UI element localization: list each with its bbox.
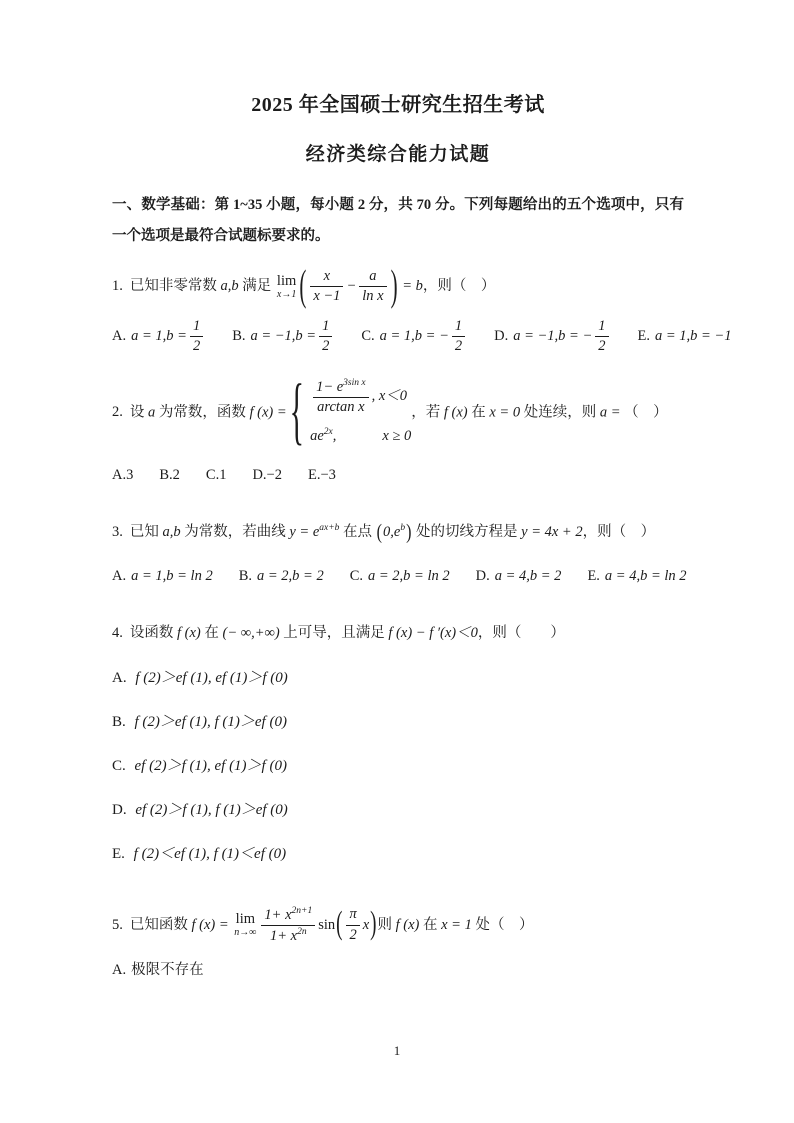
tangent-equation: y = 4x + 2 [521,524,582,540]
question-number: 1. [112,278,123,294]
option-d: D.−2 [252,464,282,487]
function-ref: f (x) [444,404,468,420]
exam-subtitle: 经济类综合能力试题 [112,139,684,166]
option-d: D.a = −1,b = −12 [494,318,611,356]
question-4-options: A. f (2)＞ef (1), ef (1)＞f (0) B. f (2)＞e… [112,666,684,866]
option-e: E. f (2)＜ef (1), f (1)＜ef (0) [112,842,684,866]
piecewise-row-2: ae2x,x ≥ 0 [310,425,411,448]
question-4: 4.设函数 f (x) 在 (− ∞,+∞) 上可导，且满足 f (x) − f… [112,622,684,865]
paren-close: ) [406,515,411,550]
question-2-stem: 2.设 a 为常数，函数 f (x) ={1− e3sin xarctan x,… [112,378,684,449]
fraction: aln x [359,268,386,306]
stem-text: （ ） [624,404,668,420]
question-number: 4. [112,625,123,641]
math-expr: x = 1 [441,917,472,933]
stem-text: 则 [377,917,392,933]
fraction: 12 [190,318,203,356]
question-2: 2.设 a 为常数，函数 f (x) ={1− e3sin xarctan x,… [112,378,684,488]
question-5-options: A.极限不存在 [112,959,684,982]
math-expr: x = 0 [489,404,520,420]
stem-text: ，则（ ） [478,625,565,641]
option-b: B.a = 2,b = 2 [239,565,324,588]
math-equals: = b [402,278,423,294]
minus-operator: − [346,278,356,294]
stem-text: ，则（ ） [423,278,496,294]
option-c: C. ef (2)＞f (1), ef (1)＞f (0) [112,754,684,778]
option-c: C.a = 2,b = ln 2 [350,565,450,588]
stem-text: 为常数，若曲线 [184,524,286,540]
stem-text: 在 [204,625,219,641]
math-var: x [363,917,369,933]
stem-text: 已知函数 [130,917,188,933]
page-number: 1 [0,1043,794,1059]
stem-text: 满足 [242,278,271,294]
question-5-stem: 5.已知函数 f (x) = limn→∞1+ x2n+11+ x2nsin(π… [112,906,684,945]
stem-text: 处（ ） [475,917,533,933]
stem-text: 在 [471,404,486,420]
math-vars: a,b [163,524,181,540]
document-page: 2025 年全国硕士研究生招生考试 经济类综合能力试题 一、数学基础：第 1~3… [0,0,794,1123]
piecewise-rows: 1− e3sin xarctan x, x＜0ae2x,x ≥ 0 [310,378,411,449]
fraction: xx −1 [310,268,343,306]
big-paren-close: ) [370,899,376,951]
question-2-options: A.3 B.2 C.1 D.−2 E.−3 [112,464,684,487]
question-1-stem: 1.已知非零常数 a,b 满足 limx→1(xx −1−aln x) = b，… [112,268,684,306]
limit-operator: limx→1 [277,274,296,301]
stem-text: 设 [130,404,145,420]
option-a: A.a = 1,b = ln 2 [112,565,213,588]
fraction: 12 [452,318,465,356]
big-paren-open: ( [299,252,306,321]
section-heading: 一、数学基础：第 1~35 小题，每小题 2 分，共 70 分。下列每题给出的五… [112,190,684,252]
stem-text: 处连续，则 [524,404,597,420]
math-expr: a = [600,404,621,420]
option-c: C.1 [206,464,227,487]
stem-text: 在 [423,917,438,933]
option-e: E.a = 1,b = −1 [638,325,732,348]
option-a: A. f (2)＞ef (1), ef (1)＞f (0) [112,666,684,690]
math-vars: a,b [221,278,239,294]
paren-open: ( [377,515,382,550]
question-number: 5. [112,917,123,933]
stem-text: 在点 [343,524,372,540]
question-3-stem: 3.已知 a,b 为常数，若曲线 y = eax+b 在点 (0,eb) 处的切… [112,520,684,546]
sin-operator: sin [318,917,335,933]
exam-title: 2025 年全国硕士研究生招生考试 [112,88,684,117]
stem-text: 上可导，且满足 [283,625,385,641]
option-d: D.a = 4,b = 2 [476,565,562,588]
stem-text: 已知 [130,524,159,540]
stem-text: ，则（ ） [583,524,656,540]
condition: , x＜0 [372,385,407,408]
stem-text: 处的切线方程是 [416,524,518,540]
page-content: 2025 年全国硕士研究生招生考试 经济类综合能力试题 一、数学基础：第 1~3… [0,0,794,982]
condition-expr: f (x) − f ′(x)＜0 [388,625,477,641]
math-var: a [148,404,155,420]
option-c: C.a = 1,b = −12 [361,318,468,356]
fraction: π2 [346,906,359,944]
fraction: 1− e3sin xarctan x [313,378,369,417]
function-def: f (x) = [250,404,287,420]
curve-equation: y = eax+b [289,524,339,540]
question-number: 2. [112,404,123,420]
option-b: B.2 [159,464,180,487]
big-paren-close: ) [391,252,398,321]
big-paren-open: ( [336,899,342,951]
interval-expr: (− ∞,+∞) [223,625,280,641]
option-e: E.a = 4,b = ln 2 [587,565,686,588]
stem-text: 为常数，函数 [159,404,246,420]
question-1: 1.已知非零常数 a,b 满足 limx→1(xx −1−aln x) = b，… [112,268,684,356]
option-d: D. ef (2)＞f (1), f (1)＞ef (0) [112,798,684,822]
question-3: 3.已知 a,b 为常数，若曲线 y = eax+b 在点 (0,eb) 处的切… [112,520,684,589]
stem-text: 已知非零常数 [130,278,217,294]
option-b: B.a = −1,b =12 [232,318,335,356]
question-4-stem: 4.设函数 f (x) 在 (− ∞,+∞) 上可导，且满足 f (x) − f… [112,622,684,645]
question-1-options: A.a = 1,b =12 B.a = −1,b =12 C.a = 1,b =… [112,318,684,356]
limit-operator: limn→∞ [234,912,256,939]
function-ref: f (x) [396,917,420,933]
question-5: 5.已知函数 f (x) = limn→∞1+ x2n+11+ x2nsin(π… [112,906,684,983]
function-ref: f (x) [177,625,201,641]
question-3-options: A.a = 1,b = ln 2 B.a = 2,b = 2 C.a = 2,b… [112,565,684,588]
stem-text: 设函数 [130,625,174,641]
option-a: A.a = 1,b =12 [112,318,206,356]
piecewise-brace: { [290,353,304,473]
function-def: f (x) = [192,917,229,933]
condition: x ≥ 0 [382,425,411,448]
option-a: A.极限不存在 [112,959,204,982]
piecewise-row-1: 1− e3sin xarctan x, x＜0 [310,378,407,417]
fraction: 12 [595,318,608,356]
option-a: A.3 [112,464,133,487]
fraction: 12 [319,318,332,356]
option-e: E.−3 [308,464,336,487]
fraction: 1+ x2n+11+ x2n [261,906,315,945]
stem-text: ，若 [411,404,440,420]
question-number: 3. [112,524,123,540]
option-b: B. f (2)＞ef (1), f (1)＞ef (0) [112,710,684,734]
point-expr: (0,eb) [376,524,413,540]
